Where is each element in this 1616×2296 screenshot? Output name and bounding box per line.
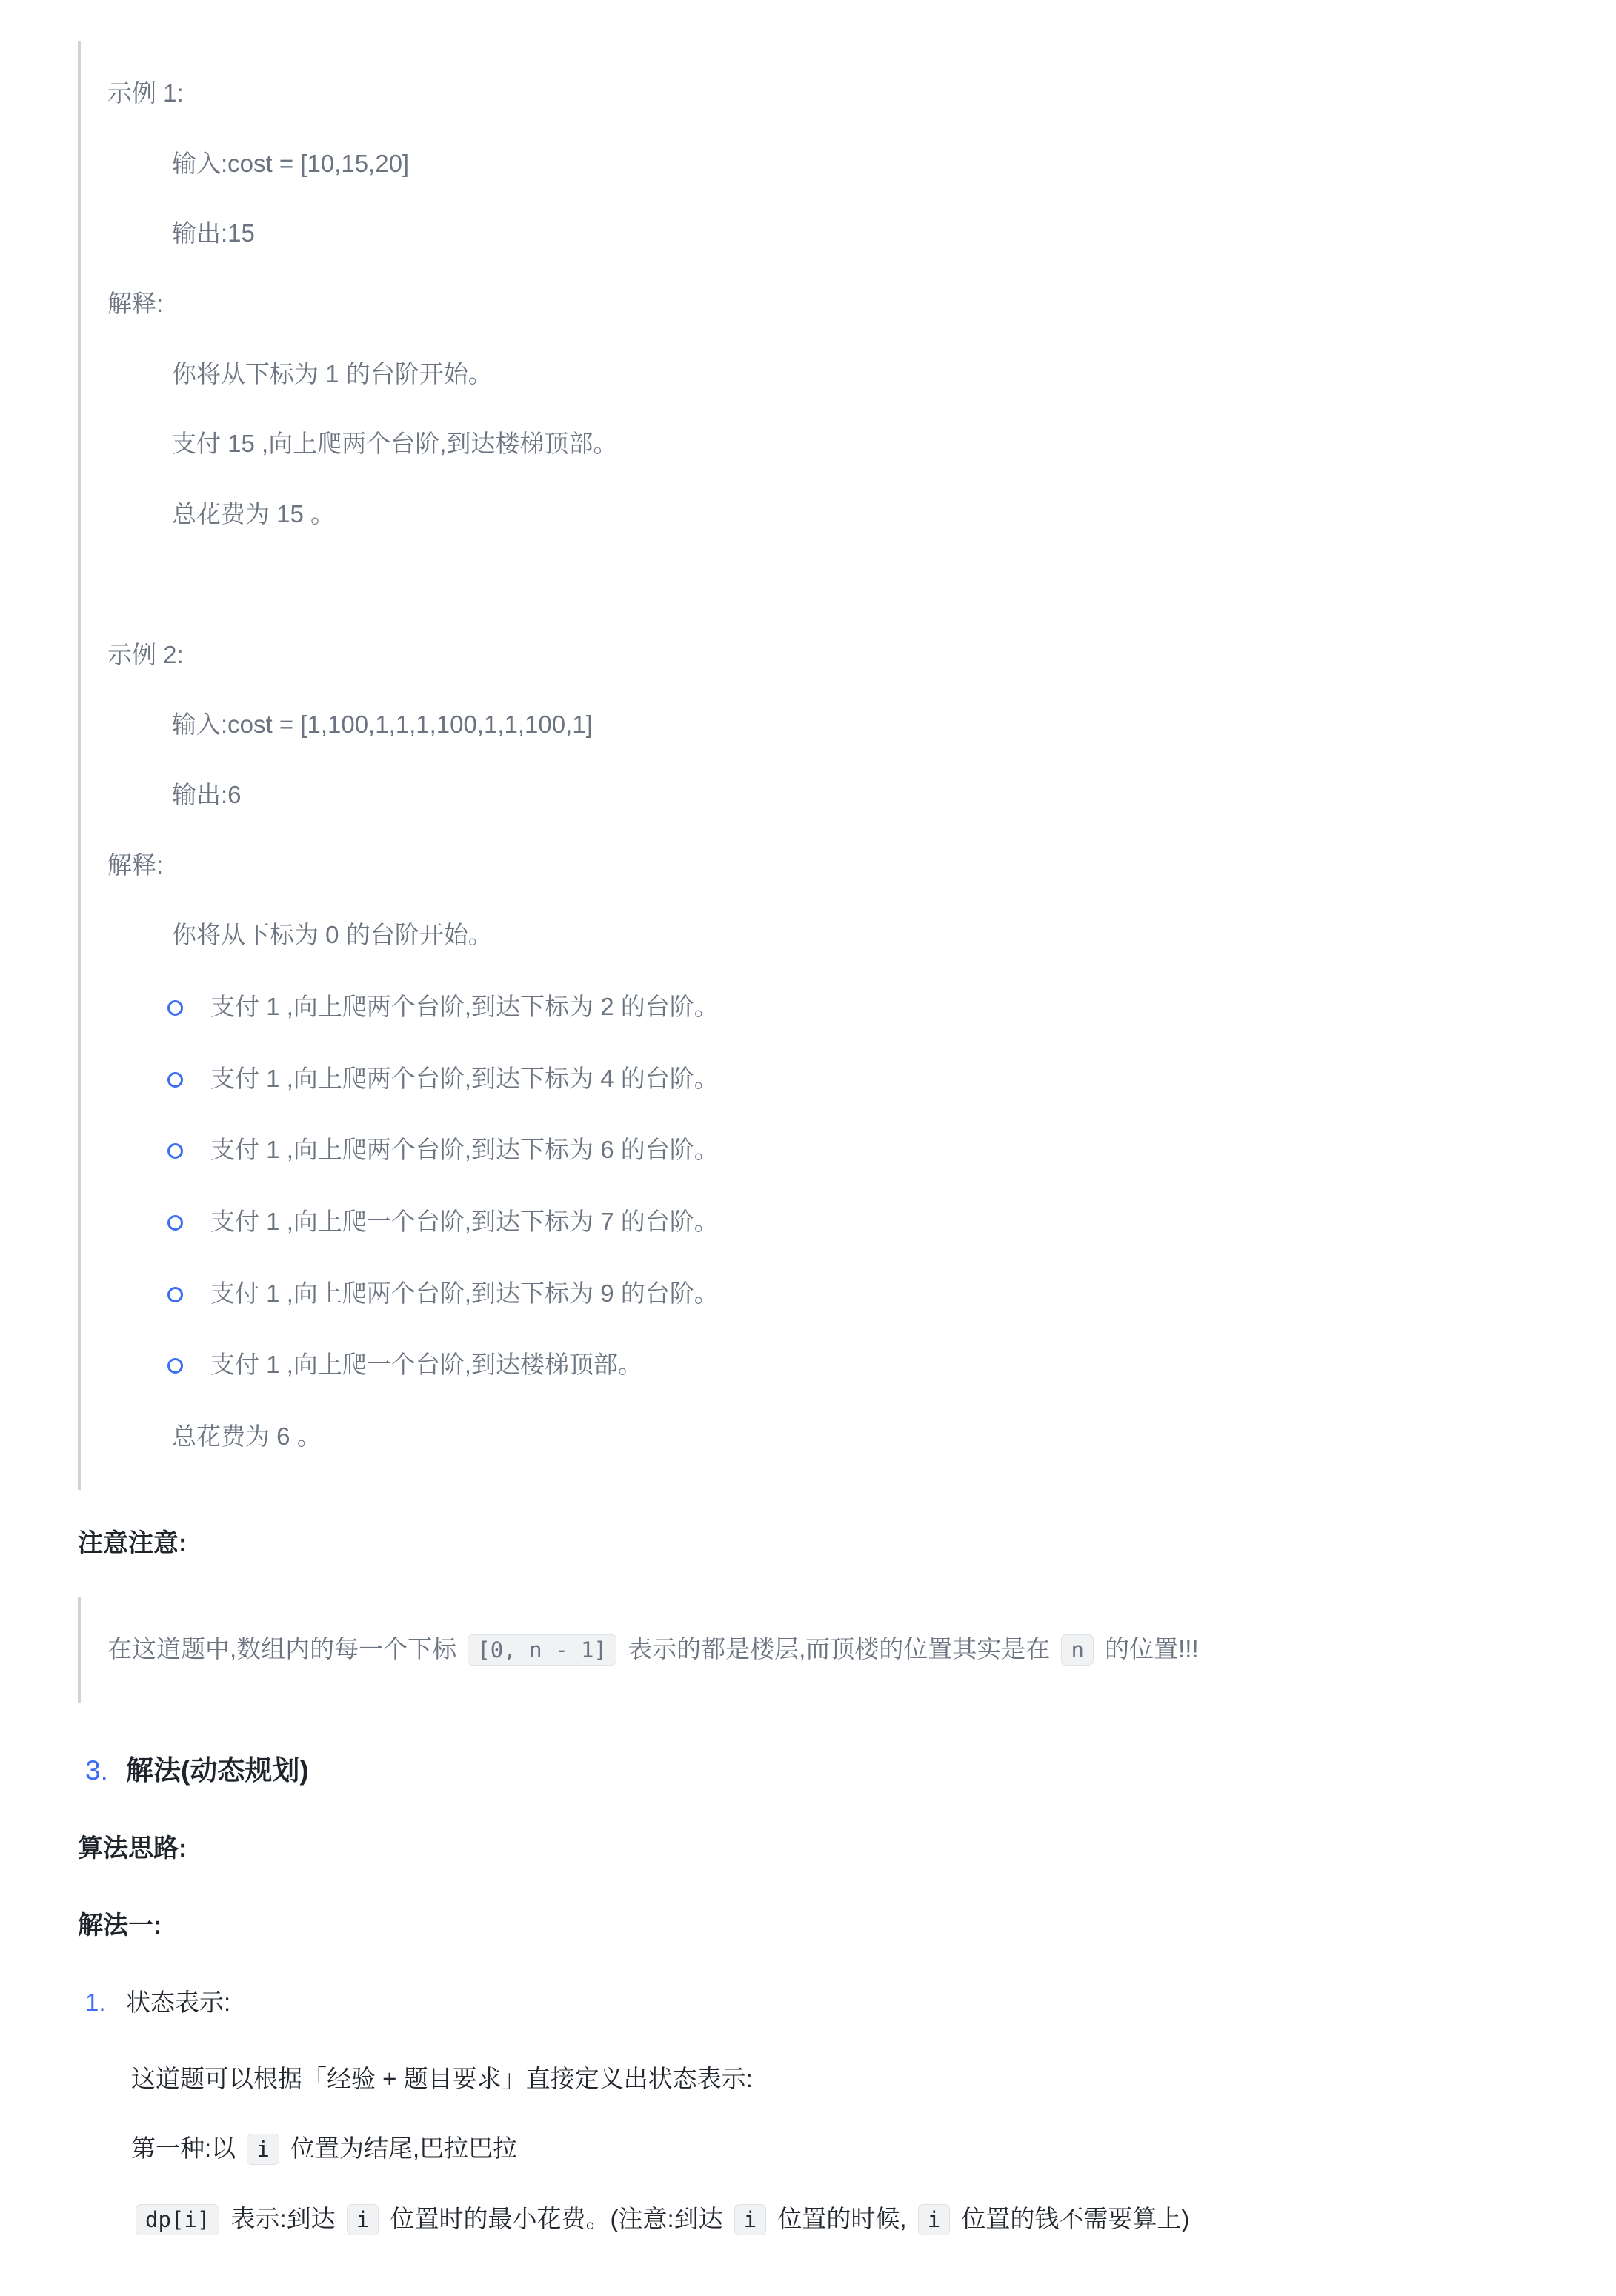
bullet-circle-icon — [167, 1072, 183, 1088]
note-text: 表示的都是楼层,而顶楼的位置其实是在 — [621, 1635, 1057, 1663]
state-representation-title: 状态表示: — [126, 1989, 230, 2016]
inline-code: dp[i] — [136, 2204, 219, 2235]
list-item: 支付 1 ,向上爬两个台阶,到达下标为 4 的台阶。 — [172, 1056, 1580, 1102]
example1-input: 输入:cost = [10,15,20] — [172, 141, 1580, 187]
list-item: 支付 1 ,向上爬一个台阶,到达楼梯顶部。 — [172, 1342, 1580, 1388]
body-text: 表示:到达 — [224, 2205, 342, 2232]
inline-code: i — [347, 2204, 379, 2235]
section-3-heading: 3. 解法(动态规划) — [78, 1747, 1580, 1795]
note-heading: 注意注意: — [78, 1520, 1580, 1568]
bullet-circle-icon — [167, 1000, 183, 1016]
list-item: 支付 1 ,向上爬一个台阶,到达下标为 7 的台阶。 — [172, 1199, 1580, 1245]
body-text: 第一种:以 — [131, 2134, 242, 2162]
example2-output: 输出:6 — [172, 772, 1580, 819]
document-page: 示例 1: 输入:cost = [10,15,20] 输出:15 解释: 你将从… — [0, 0, 1616, 2296]
example2-title: 示例 2: — [107, 632, 1580, 679]
example1-title: 示例 1: — [107, 70, 1580, 117]
bullet-circle-icon — [167, 1143, 183, 1159]
note-blockquote: 在这道题中,数组内的每一个下标 [0, n - 1] 表示的都是楼层,而顶楼的位… — [78, 1597, 1580, 1703]
dp-definition-paragraph: dp[i] 表示:到达 i 位置时的最小花费。(注意:到达 i 位置的时候, i… — [131, 2196, 1580, 2243]
algorithm-heading: 算法思路: — [78, 1825, 1580, 1873]
inline-code: i — [734, 2204, 766, 2235]
state-representation-item: 1. 状态表示: — [78, 1980, 1580, 2026]
body-text: 位置的时候, — [771, 2205, 914, 2232]
list-item: 支付 1 ,向上爬两个台阶,到达下标为 2 的台阶。 — [172, 984, 1580, 1031]
inline-code: n — [1061, 1634, 1093, 1666]
inline-code: i — [247, 2134, 279, 2165]
bullet-circle-icon — [167, 1358, 183, 1374]
step-text: 支付 1 ,向上爬两个台阶,到达下标为 6 的台阶。 — [210, 1136, 719, 1163]
bullet-circle-icon — [167, 1287, 183, 1302]
state-description: 这道题可以根据「经验 + 题目要求」直接定义出状态表示: — [131, 2056, 1580, 2103]
step-text: 支付 1 ,向上爬两个台阶,到达下标为 4 的台阶。 — [210, 1065, 719, 1092]
step-text: 支付 1 ,向上爬一个台阶,到达下标为 7 的台阶。 — [210, 1208, 719, 1235]
ordered-list-number: 1. — [85, 1980, 106, 2026]
inline-code: [0, n - 1] — [468, 1634, 616, 1666]
example2-explain-title: 解释: — [107, 842, 1580, 889]
bullet-circle-icon — [167, 1215, 183, 1231]
body-text: 位置的钱不需要算上) — [954, 2205, 1189, 2232]
example1-explain-line: 总花费为 15 。 — [172, 491, 1580, 538]
example1-output: 输出:15 — [172, 210, 1580, 257]
body-text: 位置为结尾,巴拉巴拉 — [284, 2134, 517, 2162]
ordered-list-number: 3. — [85, 1747, 108, 1795]
example2-input: 输入:cost = [1,100,1,1,1,100,1,1,100,1] — [172, 702, 1580, 748]
step-text: 支付 1 ,向上爬两个台阶,到达下标为 9 的台阶。 — [210, 1280, 719, 1307]
example1-explain-line: 你将从下标为 1 的台阶开始。 — [172, 351, 1580, 398]
examples-blockquote: 示例 1: 输入:cost = [10,15,20] 输出:15 解释: 你将从… — [78, 41, 1580, 1490]
example1-explain-title: 解释: — [107, 281, 1580, 327]
solution1-heading: 解法一: — [78, 1902, 1580, 1950]
list-item: 支付 1 ,向上爬两个台阶,到达下标为 9 的台阶。 — [172, 1271, 1580, 1317]
step-text: 支付 1 ,向上爬两个台阶,到达下标为 2 的台阶。 — [210, 993, 719, 1020]
inline-code: i — [918, 2204, 950, 2235]
note-text: 的位置!!! — [1098, 1635, 1199, 1663]
example2-steps-list: 支付 1 ,向上爬两个台阶,到达下标为 2 的台阶。 支付 1 ,向上爬两个台阶… — [172, 984, 1580, 1388]
note-text: 在这道题中,数组内的每一个下标 — [107, 1635, 463, 1663]
body-text: 位置时的最小花费。(注意:到达 — [383, 2205, 730, 2232]
example2-total-line: 总花费为 6 。 — [172, 1414, 1580, 1460]
section-3-title: 解法(动态规划) — [126, 1755, 309, 1786]
example2-start-line: 你将从下标为 0 的台阶开始。 — [172, 912, 1580, 959]
note-paragraph: 在这道题中,数组内的每一个下标 [0, n - 1] 表示的都是楼层,而顶楼的位… — [107, 1626, 1580, 1673]
step-text: 支付 1 ,向上爬一个台阶,到达楼梯顶部。 — [210, 1351, 642, 1378]
first-kind-paragraph: 第一种:以 i 位置为结尾,巴拉巴拉 — [131, 2126, 1580, 2172]
example1-explain-line: 支付 15 ,向上爬两个台阶,到达楼梯顶部。 — [172, 421, 1580, 467]
blank-line — [107, 562, 1580, 608]
list-item: 支付 1 ,向上爬两个台阶,到达下标为 6 的台阶。 — [172, 1127, 1580, 1174]
